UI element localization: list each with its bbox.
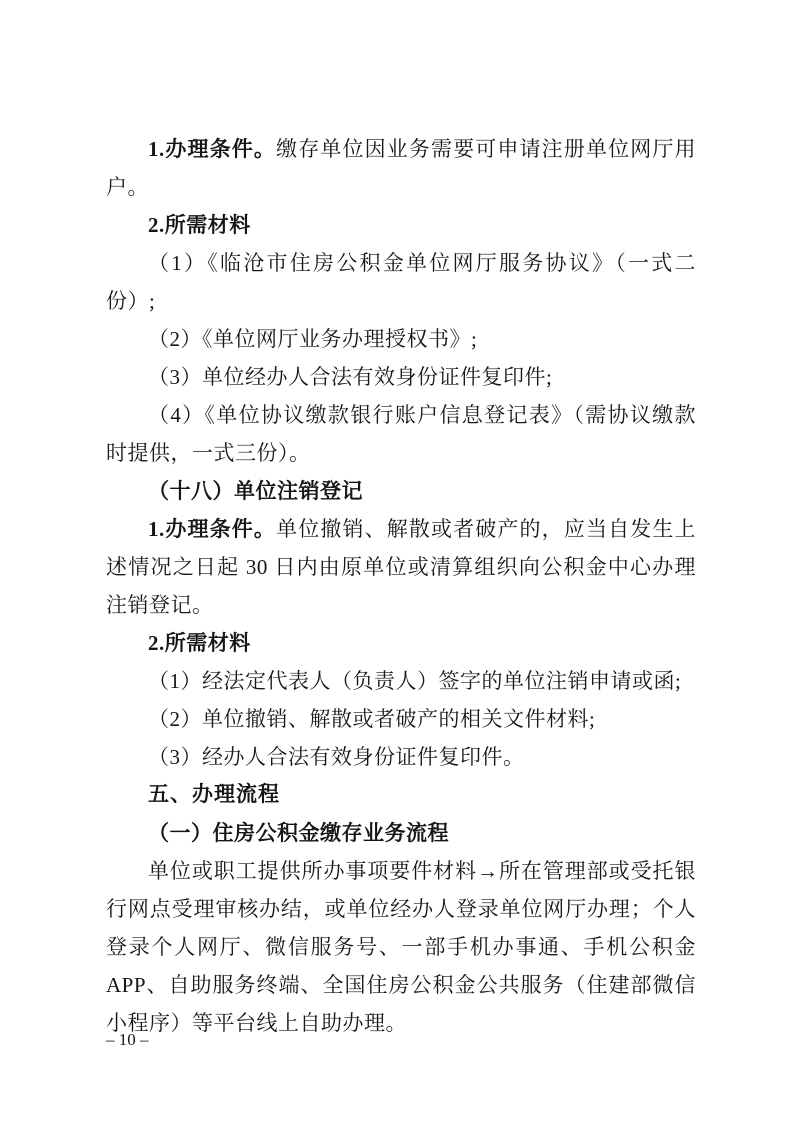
paragraph-text: 2.所需材料 — [148, 213, 251, 237]
document-body: 1.办理条件。缴存单位因业务需要可申请注册单位网厅用户。 2.所需材料 （1）《… — [106, 130, 696, 1042]
paragraph-text: （2）单位撤销、解散或者破产的相关文件材料; — [148, 707, 595, 731]
paragraph-text: （3）经办人合法有效身份证件复印件。 — [148, 745, 525, 769]
paragraph-required-materials-1: 2.所需材料 — [106, 206, 696, 244]
list-item-2-2: （2）单位撤销、解散或者破产的相关文件材料; — [106, 700, 696, 738]
heading-text: （十八）单位注销登记 — [148, 479, 363, 503]
list-item-1-2: （2）《单位网厅业务办理授权书》; — [106, 320, 696, 358]
paragraph-text: （2）《单位网厅业务办理授权书》; — [148, 327, 477, 351]
document-page: 1.办理条件。缴存单位因业务需要可申请注册单位网厅用户。 2.所需材料 （1）《… — [0, 0, 794, 1123]
section-heading-1-deposit-business-process: （一）住房公积金缴存业务流程 — [106, 814, 696, 852]
paragraph-text: （1）《临沧市住房公积金单位网厅服务协议》（一式二份）; — [106, 251, 696, 313]
paragraph-lead: 1.办理条件。 — [148, 137, 276, 161]
paragraph-lead: 1.办理条件。 — [148, 517, 276, 541]
paragraph-text: 单位或职工提供所办事项要件材料→所在管理部或受托银行网点受理审核办结，或单位经办… — [106, 859, 696, 1035]
paragraph-handling-conditions-2: 1.办理条件。单位撤销、解散或者破产的，应当自发生上述情况之日起 30 日内由原… — [106, 510, 696, 624]
paragraph-handling-conditions-1: 1.办理条件。缴存单位因业务需要可申请注册单位网厅用户。 — [106, 130, 696, 206]
heading-text: 五、办理流程 — [148, 783, 280, 806]
list-item-1-1: （1）《临沧市住房公积金单位网厅服务协议》（一式二份）; — [106, 244, 696, 320]
paragraph-required-materials-2: 2.所需材料 — [106, 624, 696, 662]
paragraph-text: （4）《单位协议缴款银行账户信息登记表》（需协议缴款时提供，一式三份）。 — [106, 403, 696, 465]
paragraph-text: （1）经法定代表人（负责人）签字的单位注销申请或函; — [148, 669, 681, 693]
list-item-2-1: （1）经法定代表人（负责人）签字的单位注销申请或函; — [106, 662, 696, 700]
list-item-1-3: （3）单位经办人合法有效身份证件复印件; — [106, 358, 696, 396]
paragraph-text: 2.所需材料 — [148, 631, 251, 655]
chapter-heading-5-handling-process: 五、办理流程 — [106, 776, 696, 814]
paragraph-process-description: 单位或职工提供所办事项要件材料→所在管理部或受托银行网点受理审核办结，或单位经办… — [106, 852, 696, 1042]
page-footer: – 10 – — [106, 1030, 149, 1050]
list-item-2-3: （3）经办人合法有效身份证件复印件。 — [106, 738, 696, 776]
heading-text: （一）住房公积金缴存业务流程 — [148, 821, 449, 845]
page-number: – 10 – — [106, 1030, 149, 1049]
section-heading-18-unit-deregistration: （十八）单位注销登记 — [106, 472, 696, 510]
list-item-1-4: （4）《单位协议缴款银行账户信息登记表》（需协议缴款时提供，一式三份）。 — [106, 396, 696, 472]
paragraph-text: （3）单位经办人合法有效身份证件复印件; — [148, 365, 552, 389]
